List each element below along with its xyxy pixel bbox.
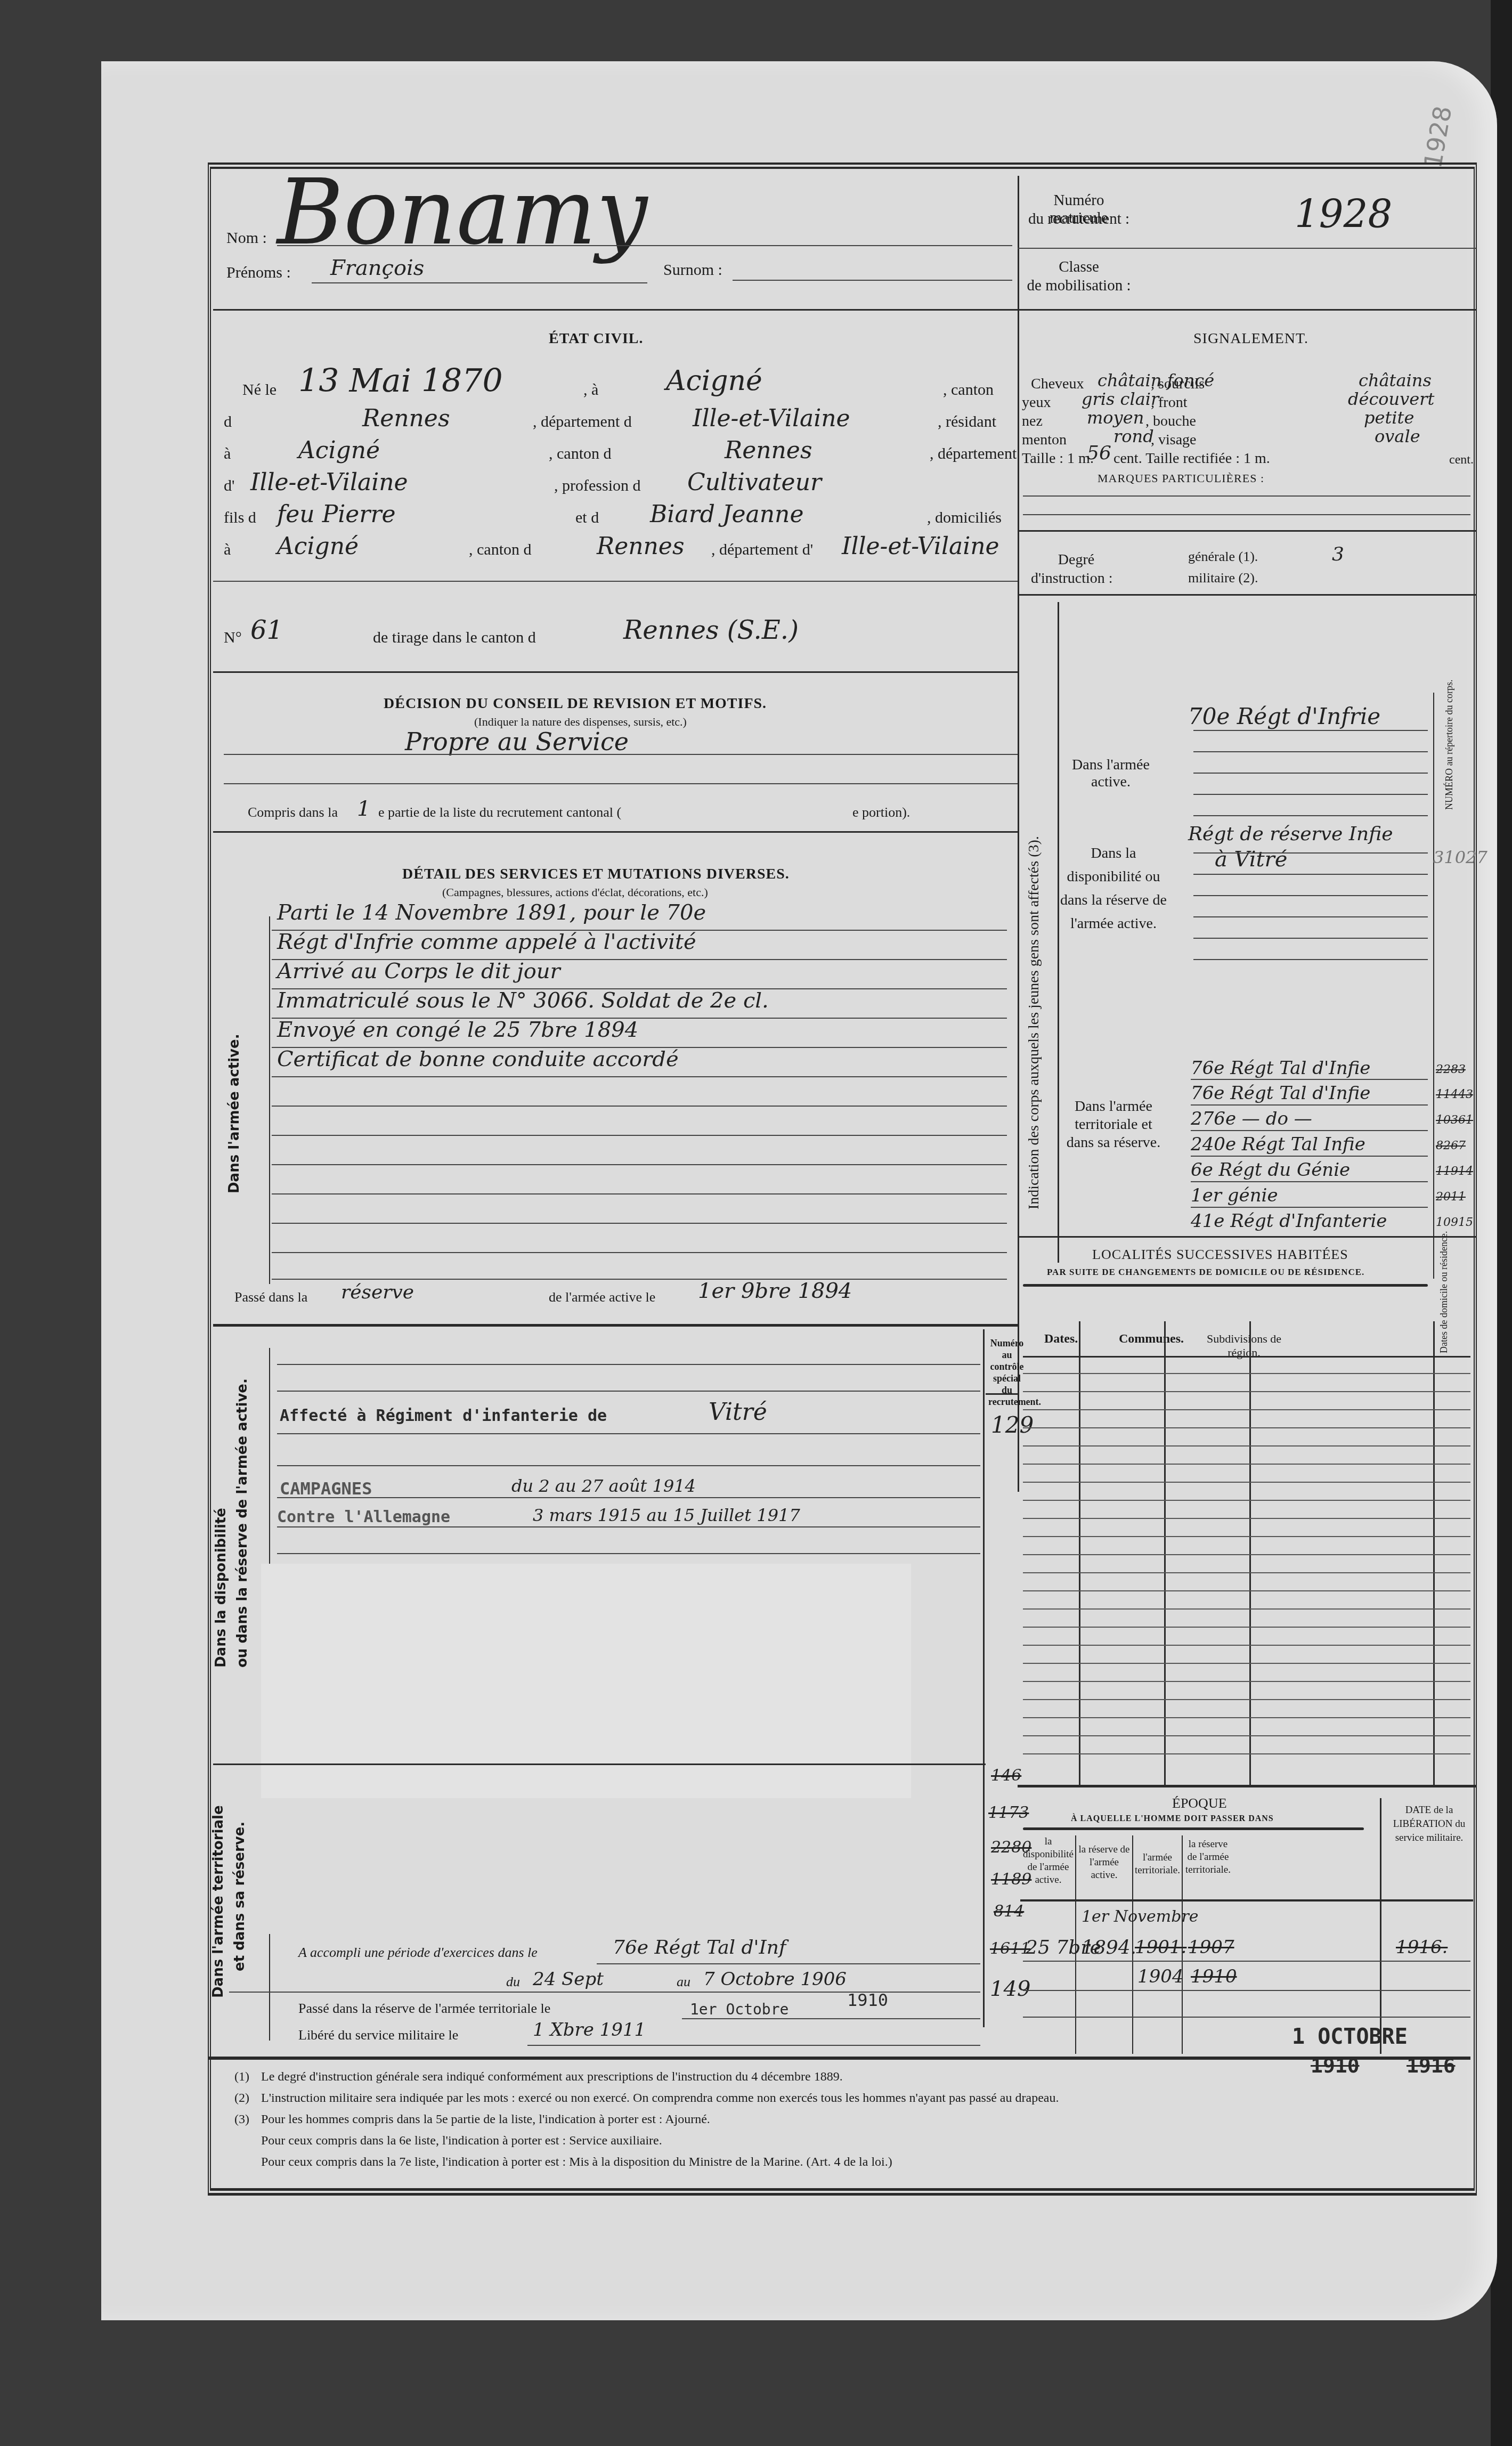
- services-side-label: Dans l'armée active.: [226, 1034, 242, 1193]
- cheveux-label: Cheveux: [1031, 376, 1084, 393]
- disponibilite-corps-label: Dans la disponibilité ou dans la réserve…: [1060, 842, 1167, 936]
- localites-side-label: Dates de domicile ou résidence.: [1438, 1231, 1450, 1353]
- prenoms-value: François: [330, 256, 424, 280]
- ruled-line: [1193, 730, 1428, 731]
- numero-repertoire-label: NUMÉRO au répertoire du corps.: [1444, 680, 1455, 810]
- numero-controle-header: Numéro au contrôle spécial du recrutemen…: [988, 1337, 1026, 1408]
- residant-a-label: à: [224, 445, 231, 463]
- canton-label: , canton: [943, 381, 994, 399]
- footnote-text: Pour les hommes compris dans la 5e parti…: [261, 2112, 710, 2127]
- numero-repertoire-divider: [1433, 693, 1434, 1279]
- decision-line: [224, 754, 1018, 755]
- epoque-subtitle: À LAQUELLE L'HOMME DOIT PASSER DANS: [1071, 1814, 1274, 1824]
- domicile-canton-label: , canton d: [469, 541, 531, 559]
- corps-entry: 276e — do —: [1191, 1108, 1312, 1129]
- compris-post-label: e partie de la liste du recrutement cant…: [378, 805, 621, 820]
- ruled-line: [277, 1465, 980, 1466]
- localites-divider: [1018, 1785, 1476, 1787]
- ruled-line: [1023, 1961, 1470, 1962]
- liberation-month-stamp: 1 OCTOBRE: [1292, 2025, 1408, 2049]
- du-label: du: [506, 1974, 520, 1990]
- surnom-label: Surnom :: [663, 261, 722, 279]
- domicile-dept-value: Ille-et-Vilaine: [842, 533, 999, 560]
- epoque-brace: [1023, 1827, 1364, 1830]
- ruled-line: [1193, 751, 1428, 752]
- ruled-line: [272, 1252, 1007, 1253]
- epoque-title: ÉPOQUE: [1172, 1795, 1227, 1811]
- disponibilite-divider: [213, 1764, 986, 1765]
- campagnes-stamp: CAMPAGNES: [280, 1478, 372, 1499]
- corps-numero: 2011: [1436, 1190, 1466, 1204]
- profession-label: , profession d: [554, 477, 640, 495]
- footnote-number: (3): [234, 2112, 249, 2127]
- affecte-value: Vitré: [709, 1399, 767, 1426]
- decision-title: DÉCISION DU CONSEIL DE REVISION ET MOTIF…: [384, 695, 767, 712]
- epoque-reserve-territoriale-struck: 1907: [1188, 1937, 1234, 1958]
- sourcils-value: châtains: [1359, 370, 1432, 391]
- corps-numero: 11443: [1436, 1088, 1473, 1101]
- libere-label: Libéré du service militaire le: [298, 2027, 458, 2043]
- marques-line-2: [1023, 514, 1470, 515]
- pasted-paper-strip: [261, 1564, 911, 1798]
- compris-value: 1: [357, 797, 370, 821]
- campagne-2-dates: 3 mars 1915 au 15 Juillet 1917: [533, 1505, 800, 1525]
- localites-title-brace: [1023, 1284, 1428, 1287]
- taille-label: Taille : 1 m.: [1022, 450, 1094, 467]
- corps-numero: 10915: [1436, 1216, 1473, 1229]
- service-line: Certificat de bonne conduite accordé: [277, 1047, 679, 1071]
- departement-value: Ille-et-Vilaine: [693, 405, 850, 432]
- au-value: 7 Octobre 1906: [703, 1969, 847, 1990]
- services-divider: [213, 1324, 1018, 1327]
- ruled-line: [272, 1135, 1007, 1136]
- ruled-line: [1191, 1156, 1428, 1157]
- ruled-line: [1191, 1079, 1428, 1080]
- prenoms-underline: [312, 282, 647, 283]
- ruled-line: [1023, 1990, 1470, 1991]
- territoriale-side-label-1: Dans l'armée territoriale: [210, 1805, 226, 1998]
- nez-label: nez: [1022, 413, 1043, 430]
- disponibilite-side-label-2: ou dans la réserve de l'armée active.: [234, 1378, 250, 1668]
- yeux-label: yeux: [1022, 394, 1051, 411]
- classe-label-1: Classe: [1023, 258, 1135, 276]
- birth-place-label: , à: [583, 381, 598, 399]
- passe-reserve-territoriale-label: Passé dans la réserve de l'armée territo…: [298, 2001, 550, 2017]
- footnote-number: (1): [234, 2070, 249, 2084]
- ne-le-label: Né le: [242, 381, 277, 399]
- front-label: , front: [1151, 394, 1187, 411]
- ruled-line: [1193, 852, 1428, 854]
- corps-affectes-bracket: [1058, 602, 1059, 1263]
- residant-dept-d-label: d': [224, 477, 234, 495]
- epoque-liberation-struck: 1916.: [1396, 1937, 1448, 1958]
- etat-civil-title: ÉTAT CIVIL.: [549, 330, 644, 347]
- decision-line-2: [224, 783, 1018, 784]
- instruction-label-2: d'instruction :: [1031, 570, 1113, 587]
- ruled-line: [682, 2018, 980, 2019]
- epoque-header-rule: [1020, 1899, 1473, 1901]
- residant-place-value: Acigné: [298, 437, 380, 464]
- service-line: Régt d'Infrie comme appelé à l'activité: [277, 930, 696, 954]
- contre-allemagne-stamp: Contre l'Allemagne: [277, 1508, 450, 1526]
- residant-label: , résidant: [938, 413, 996, 431]
- services-subtitle: (Campagnes, blessures, actions d'éclat, …: [442, 885, 708, 899]
- visage-label: , visage: [1151, 432, 1197, 449]
- matricule-divider: [1018, 248, 1476, 249]
- ruled-line: [277, 1433, 980, 1434]
- matricule-value: 1928: [1295, 192, 1392, 237]
- nez-value: moyen: [1087, 408, 1144, 428]
- corps-numero: 2283: [1436, 1063, 1466, 1076]
- ruled-line: [272, 1076, 1007, 1077]
- birth-place-value: Acigné: [666, 365, 762, 397]
- ruled-line: [1193, 794, 1428, 795]
- ruled-line: [1193, 874, 1428, 875]
- footnote-text: L'instruction militaire sera indiquée pa…: [261, 2091, 1059, 2106]
- exercices-label: A accompli une période d'exercices dans …: [298, 1945, 538, 1961]
- numero-struck: 1611: [990, 1939, 1030, 1958]
- father-value: feu Pierre: [277, 501, 395, 528]
- corps-entry: 6e Régt du Génie: [1191, 1159, 1350, 1181]
- passe-reserve-territoriale-value: 1er Octobre: [690, 2001, 788, 2018]
- decision-value: Propre au Service: [405, 727, 629, 756]
- ruled-line: [597, 1963, 980, 1964]
- service-line: Arrivé au Corps le dit jour: [277, 959, 560, 984]
- ruled-line: [1191, 1181, 1428, 1182]
- territoriale-corps-label: Dans l'armée territoriale et dans sa rés…: [1060, 1098, 1167, 1152]
- footnotes-divider: [208, 2057, 1470, 2060]
- matricule-label-2: du recrutement :: [1023, 210, 1135, 228]
- libere-value: 1 Xbre 1911: [533, 2019, 646, 2041]
- decision-divider: [213, 831, 1018, 833]
- footnote-text: Pour ceux compris dans la 6e liste, l'in…: [261, 2134, 662, 2148]
- nom-label: Nom :: [226, 229, 267, 247]
- cent-label: cent.: [1449, 453, 1474, 467]
- ruled-line: [277, 1553, 980, 1554]
- residant-canton-label: , canton d: [549, 445, 611, 463]
- residant-dept-value: Ille-et-Vilaine: [250, 469, 408, 496]
- epoque-col-disponibilite: la disponibilité de l'armée active.: [1020, 1835, 1076, 1887]
- ruled-line: [272, 959, 1007, 960]
- corps-affectes-divider: [1018, 1236, 1476, 1238]
- ruled-line: [1023, 2017, 1470, 2018]
- corps-numero: 8267: [1436, 1139, 1466, 1152]
- disponibilite-corps-value-1: Régt de réserve Infie: [1188, 823, 1393, 845]
- visage-value: ovale: [1375, 426, 1420, 446]
- epoque-col-liberation: DATE de la LIBÉRATION du service militai…: [1385, 1803, 1473, 1845]
- corps-numero: 10361: [1436, 1114, 1473, 1127]
- passe-reserve-date: 1er 9bre 1894: [698, 1279, 852, 1303]
- localites-subtitle: PAR SUITE DE CHANGEMENTS DE DOMICILE OU …: [1047, 1267, 1364, 1278]
- marques-title: MARQUES PARTICULIÈRES :: [1098, 472, 1264, 485]
- ruled-line: [277, 1391, 980, 1392]
- ruled-line: [272, 1193, 1007, 1194]
- classe-label-2: de mobilisation :: [1023, 277, 1135, 295]
- residant-canton-value: Rennes: [725, 437, 812, 464]
- header-divider: [213, 309, 1476, 311]
- ruled-line: [272, 1106, 1007, 1107]
- epoque-col-reserve-active: la réserve de l'armée active.: [1076, 1843, 1132, 1882]
- tirage-value: 61: [250, 615, 283, 645]
- ruled-line: [1193, 895, 1428, 896]
- territoriale-side-label-2: et dans sa réserve.: [232, 1822, 248, 1971]
- localites-rows: [1023, 1356, 1470, 1771]
- au-label: au: [677, 1974, 690, 1990]
- ruled-line: [272, 1223, 1007, 1224]
- instruction-militaire-label: militaire (2).: [1188, 570, 1258, 586]
- prenoms-label: Prénoms :: [226, 264, 291, 282]
- services-bracket: [269, 916, 270, 1284]
- passe-reserve-year-stamp: 1910: [847, 1990, 888, 2010]
- numero-struck: 814: [994, 1902, 1024, 1921]
- etat-civil-divider: [213, 581, 1018, 582]
- epoque-top-note: 1er Novembre: [1082, 1907, 1198, 1926]
- profession-value: Cultivateur: [687, 469, 822, 496]
- territoriale-bracket: [269, 1934, 270, 2041]
- domicile-value: Acigné: [277, 533, 359, 560]
- corps-entry: 76e Régt Tal d'Infie: [1191, 1058, 1370, 1079]
- residant-dept-label: , département: [930, 445, 1017, 463]
- epoque-reserve-territoriale-struck-2: 1910: [1191, 1966, 1237, 1987]
- passe-armee-active-label: de l'armée active le: [549, 1289, 655, 1305]
- numero-struck: 146: [991, 1766, 1021, 1785]
- marques-line-1: [1023, 495, 1470, 497]
- ruled-line: [272, 1279, 1007, 1280]
- signalement-divider: [1018, 530, 1476, 532]
- corps-entry: 1er génie: [1191, 1185, 1278, 1206]
- ruled-line: [272, 930, 1007, 931]
- epoque-col-territoriale: l'armée territoriale.: [1132, 1851, 1183, 1877]
- domicile-dept-label: , département d': [711, 541, 813, 559]
- fils-de-label: fils d: [224, 509, 256, 527]
- service-line: Envoyé en congé le 25 7bre 1894: [277, 1018, 638, 1042]
- numero-struck: 1173: [988, 1803, 1029, 1822]
- footnote-number: (2): [234, 2091, 249, 2106]
- mother-value: Biard Jeanne: [650, 501, 803, 528]
- campagne-1-dates: du 2 au 27 août 1914: [511, 1476, 696, 1496]
- ruled-line: [1191, 1130, 1428, 1131]
- ruled-line: [277, 1526, 980, 1527]
- ruled-line: [1191, 1104, 1428, 1106]
- surnom-underline: [733, 280, 1012, 281]
- exercices-value: 76e Régt Tal d'Inf: [613, 1937, 786, 1959]
- ruled-line: [277, 1364, 980, 1365]
- ruled-line: [272, 988, 1007, 989]
- corps-numero: 11914: [1436, 1165, 1473, 1178]
- instruction-generale-value: 3: [1332, 543, 1344, 565]
- epoque-reserve-active-value: 1894.: [1082, 1937, 1136, 1959]
- yeux-value: gris clair: [1082, 389, 1159, 409]
- canton-de-label: d: [224, 413, 232, 431]
- ruled-line: [272, 1164, 1007, 1165]
- numero-column-divider: [983, 1329, 985, 2027]
- epoque-territoriale-struck: 1901.: [1135, 1937, 1186, 1958]
- instruction-generale-label: générale (1).: [1188, 549, 1258, 565]
- corps-affectes-side-label: Indication des corps auxquels les jeunes…: [1026, 836, 1043, 1209]
- ruled-line: [272, 1018, 1007, 1019]
- du-value: 24 Sept: [533, 1969, 604, 1990]
- compris-label: Compris dans la: [248, 805, 338, 820]
- ruled-line: [277, 1497, 980, 1498]
- domicilies-label: , domiciliés: [927, 509, 1002, 527]
- main-column-divider: [1018, 176, 1019, 1492]
- bouche-value: petite: [1364, 408, 1414, 428]
- front-value: découvert: [1348, 389, 1434, 409]
- instruction-label-1: Degré: [1044, 551, 1108, 568]
- ruled-line: [1191, 1207, 1428, 1208]
- signalement-title: SIGNALEMENT.: [1193, 330, 1308, 347]
- service-line: Immatriculé sous le N° 3066. Soldat de 2…: [277, 988, 769, 1013]
- disponibilite-side-label-1: Dans la disponibilité: [213, 1508, 229, 1668]
- passe-reserve-value: réserve: [341, 1281, 414, 1303]
- et-de-label: et d: [575, 509, 599, 527]
- epoque-territoriale-value: 1904: [1137, 1966, 1184, 1987]
- epoque-liberation-divider: [1380, 1798, 1381, 2054]
- taille-value: 56: [1087, 442, 1111, 464]
- footnote-text: Pour ceux compris dans la 7e liste, l'in…: [261, 2155, 892, 2169]
- taille-rectifiee-label: cent. Taille rectifiée : 1 m.: [1113, 450, 1270, 467]
- service-line: Parti le 14 Novembre 1891, pour le 70e: [277, 900, 706, 925]
- corps-entry: 76e Régt Tal d'Infie: [1191, 1083, 1370, 1104]
- tirage-divider: [213, 671, 1018, 673]
- birth-date-value: 13 Mai 1870: [298, 362, 503, 400]
- localites-col-communes: Communes.: [1119, 1332, 1184, 1346]
- epoque-col-reserve-territoriale: la réserve de l'armée territoriale.: [1183, 1838, 1233, 1876]
- disponibilite-corps-value-2: à Vitré: [1215, 847, 1287, 872]
- corps-entry: 41e Régt d'Infanterie: [1191, 1210, 1387, 1232]
- ruled-line: [1193, 916, 1428, 917]
- numero-current: 149: [990, 1977, 1030, 2001]
- services-title: DÉTAIL DES SERVICES ET MUTATIONS DIVERSE…: [402, 866, 790, 883]
- localites-col-dates: Dates.: [1044, 1332, 1078, 1346]
- ruled-line: [527, 2045, 980, 2046]
- corps-entry: 240e Régt Tal Infie: [1191, 1134, 1365, 1155]
- menton-value: rond: [1113, 426, 1154, 446]
- affecte-stamp: Affecté à Régiment d'infanterie de: [280, 1407, 607, 1425]
- tirage-canton-label: de tirage dans le canton d: [373, 629, 536, 647]
- ruled-line: [1193, 938, 1428, 939]
- departement-label: , département d: [533, 413, 632, 431]
- ruled-line: [272, 1047, 1007, 1048]
- passe-reserve-label: Passé dans la: [234, 1289, 307, 1305]
- numero-header-divider: [986, 1393, 1018, 1395]
- armee-active-label: Dans l'armée active.: [1066, 757, 1156, 791]
- tirage-label: N°: [224, 629, 242, 647]
- disponibilite-numero: 31027: [1433, 847, 1487, 867]
- domicile-a-label: à: [224, 541, 231, 559]
- ruled-line: [1193, 959, 1428, 960]
- tirage-canton-value: Rennes (S.E.): [623, 615, 799, 645]
- portion-label: e portion).: [852, 805, 910, 820]
- nom-underline: [277, 245, 1012, 246]
- instruction-divider: [1018, 594, 1476, 596]
- canton-value: Rennes: [362, 405, 450, 432]
- ruled-line: [1193, 773, 1428, 774]
- armee-active-value: 70e Régt d'Infrie: [1188, 703, 1380, 729]
- menton-label: menton: [1022, 432, 1067, 449]
- localites-title: LOCALITÉS SUCCESSIVES HABITÉES: [1092, 1247, 1348, 1263]
- ruled-line: [1193, 815, 1428, 816]
- nom-value: Bonamy: [277, 160, 647, 265]
- domicile-canton-value: Rennes: [597, 533, 684, 560]
- footnote-text: Le degré d'instruction générale sera ind…: [261, 2070, 843, 2084]
